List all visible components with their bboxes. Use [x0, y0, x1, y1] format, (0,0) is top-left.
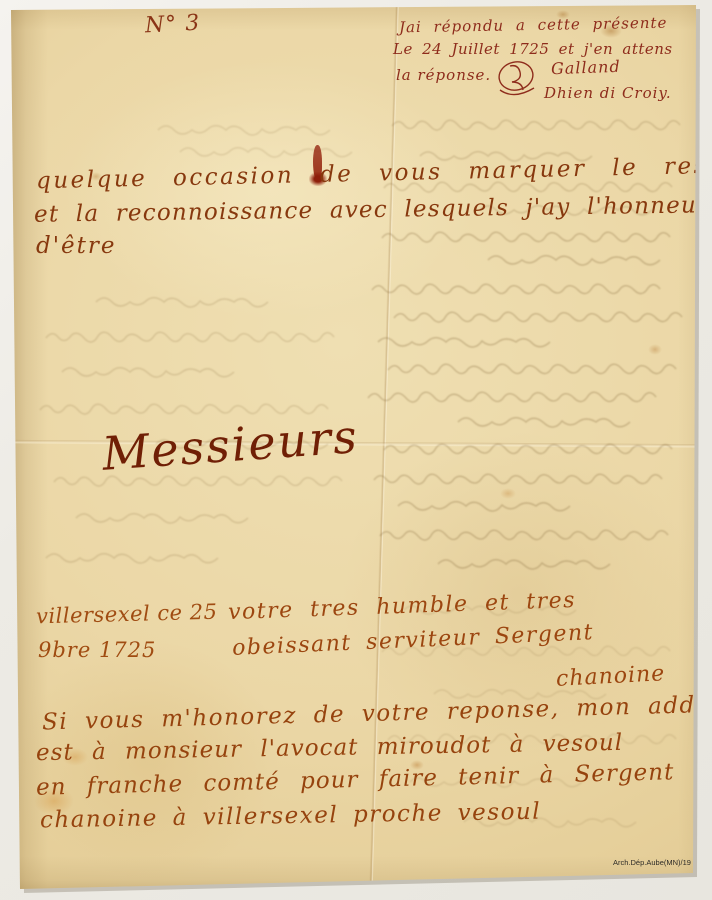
letter-paper: N° 3 Jai répondu a cette présente Le 24 … — [0, 0, 712, 900]
opening-line: d'être — [36, 233, 117, 259]
folio-number: N° 3 — [144, 11, 200, 39]
foxing-stain — [500, 488, 516, 499]
postscript-line: est à monsieur l'avocat miroudot à vesou… — [36, 730, 623, 766]
reply-annotation-line: la réponse. — [396, 66, 491, 84]
salutation: Messieurs — [100, 409, 360, 481]
opening-line: et la reconnoissance avec lesquels j'ay … — [34, 192, 710, 227]
scanned-letter-photo: N° 3 Jai répondu a cette présente Le 24 … — [0, 0, 712, 900]
dateline: 9bre 1725 — [38, 638, 156, 662]
valediction-line: obeissant serviteur Sergent — [232, 620, 595, 661]
annotation-signature: Dhien di Croiy. — [544, 84, 672, 102]
vertical-fold-crease — [368, 0, 399, 900]
valediction-line: votre tres humble et tres — [228, 588, 577, 625]
annotation-signature: Galland — [551, 57, 621, 78]
ink-bleedthrough — [150, 118, 370, 162]
opening-line: quelque occasion de vous marquer le resp… — [36, 152, 712, 195]
paraph-flourish-icon — [490, 56, 542, 100]
reply-annotation-line: Jai répondu a cette présente — [399, 14, 668, 37]
ink-bleedthrough — [366, 226, 698, 582]
foxing-stain — [648, 344, 662, 355]
valediction-line: chanoine — [555, 661, 665, 692]
postscript-line: chanoine à villersexel proche vesoul — [40, 799, 542, 834]
postscript-line: en franche comté pour faire tenir à Serg… — [36, 759, 675, 801]
dateline: villersexel ce 25 — [36, 600, 218, 629]
archive-stamp: Arch.Dép.Aube(MN)/19 — [613, 858, 691, 867]
